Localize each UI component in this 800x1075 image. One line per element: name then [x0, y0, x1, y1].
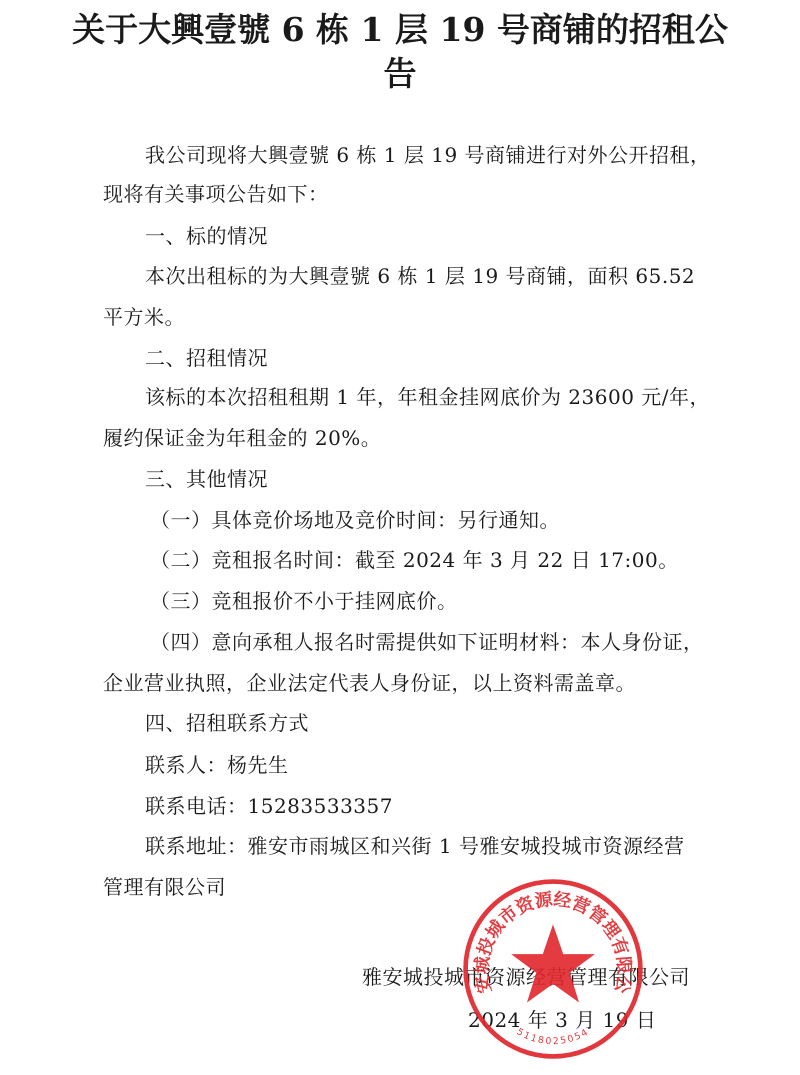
contact-phone: 联系电话：15283533357	[145, 792, 393, 820]
section3-heading: 三、其他情况	[145, 465, 268, 493]
section3-item1: （一）具体竞价场地及竞价时间：另行通知。	[150, 506, 560, 534]
section3-item4-line1: （四）意向承租人报名时需提供如下证明材料：本人身份证，	[150, 628, 704, 656]
section4-heading: 四、招租联系方式	[145, 709, 309, 737]
document-title-line2: 告	[0, 52, 800, 96]
signature-company: 雅安城投城市资源经营管理有限公司	[362, 963, 690, 991]
section3-item3: （三）竞租报价不小于挂网底价。	[150, 587, 458, 615]
section2-text-line1: 该标的本次招租租期 1 年，年租金挂网底价为 23600 元/年，	[145, 383, 710, 411]
signature-date: 2024 年 3 月 19 日	[468, 1006, 656, 1034]
document-title-line1: 关于大興壹號 6 栋 1 层 19 号商铺的招租公	[0, 8, 800, 52]
section1-text-line1: 本次出租标的为大興壹號 6 栋 1 层 19 号商铺，面积 65.52	[145, 262, 695, 290]
section3-item4-line2: 企业营业执照，企业法定代表人身份证，以上资料需盖章。	[103, 669, 636, 697]
section2-heading: 二、招租情况	[145, 344, 268, 372]
contact-address-line1: 联系地址：雅安市雨城区和兴街 1 号雅安城投城市资源经营	[145, 832, 684, 860]
intro-paragraph-line2: 现将有关事项公告如下：	[103, 180, 329, 208]
contact-person: 联系人：杨先生	[145, 751, 289, 779]
contact-address-line2: 管理有限公司	[103, 873, 226, 901]
intro-paragraph-line1: 我公司现将大興壹號 6 栋 1 层 19 号商铺进行对外公开招租，	[145, 141, 711, 169]
section1-heading: 一、标的情况	[145, 222, 268, 250]
section3-item2: （二）竞租报名时间：截至 2024 年 3 月 22 日 17:00。	[150, 546, 679, 574]
section1-text-line2: 平方米。	[103, 303, 185, 331]
section2-text-line2: 履约保证金为年租金的 20%。	[103, 424, 381, 452]
